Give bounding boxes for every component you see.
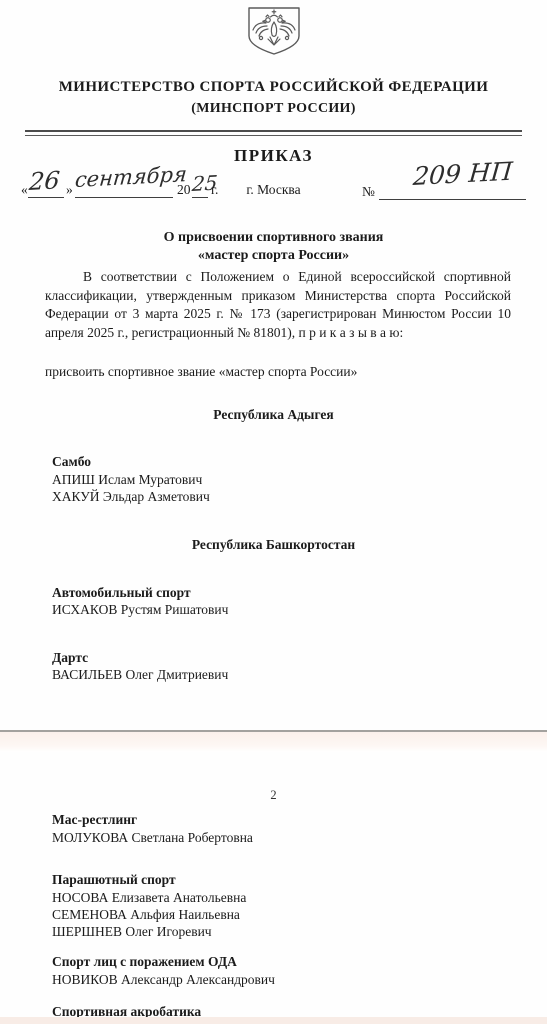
header-divider-rule: [25, 130, 522, 136]
sport-title-mas-wrestling: Мас-рестлинг: [52, 812, 137, 828]
number-underline: [379, 199, 526, 200]
date-open-quote: «: [21, 182, 28, 198]
page-number: 2: [0, 788, 547, 803]
scanned-order-document: МИНИСТЕРСТВО СПОРТА РОССИЙСКОЙ ФЕДЕРАЦИИ…: [0, 0, 547, 1024]
athlete-name: СЕМЕНОВА Альфия Наильевна: [52, 907, 240, 923]
date-year-prefix: 20: [177, 182, 191, 198]
number-label: №: [362, 184, 375, 200]
sport-title-auto: Автомобильный спорт: [52, 585, 191, 601]
ministry-name: МИНИСТЕРСТВО СПОРТА РОССИЙСКОЙ ФЕДЕРАЦИИ: [0, 78, 547, 96]
issue-city: г. Москва: [246, 182, 300, 198]
athlete-name: ИСХАКОВ Рустям Ришатович: [52, 602, 228, 618]
date-day-handwritten: 26: [28, 166, 61, 196]
number-handwritten: 209 НП: [412, 157, 514, 191]
athlete-name: МОЛУКОВА Светлана Робертовна: [52, 830, 253, 846]
coat-of-arms-icon: [243, 6, 305, 61]
date-month-handwritten: сентября: [74, 162, 188, 192]
order-statement: присвоить спортивное звание «мастер спор…: [45, 364, 357, 380]
date-year-suffix: г.: [211, 182, 218, 198]
athlete-name: ВАСИЛЬЕВ Олег Дмитриевич: [52, 667, 228, 683]
sport-title-darts: Дартс: [52, 650, 88, 666]
athlete-name: ШЕРШНЕВ Олег Игоревич: [52, 924, 212, 940]
date-close-quote: »: [66, 182, 73, 198]
athlete-name: ХАКУЙ Эльдар Азметович: [52, 489, 210, 505]
region-title-adygea: Республика Адыгея: [0, 407, 547, 423]
date-month-underline: [75, 197, 173, 198]
subject-line-2: «мастер спорта России»: [0, 248, 547, 265]
bottom-page-edge: [0, 1017, 547, 1024]
page-gap-band: [0, 732, 547, 752]
body-paragraph: В соответствии с Положением о Единой все…: [45, 268, 511, 342]
date-year-underline: [192, 197, 208, 198]
sport-title-oda: Спорт лиц с поражением ОДА: [52, 954, 237, 970]
date-day-underline: [28, 197, 64, 198]
athlete-name: АПИШ Ислам Муратович: [52, 472, 202, 488]
region-title-bashkortostan: Республика Башкортостан: [0, 537, 547, 553]
athlete-name: НОСОВА Елизавета Анатольевна: [52, 890, 246, 906]
sport-title-sambo: Самбо: [52, 454, 91, 470]
sport-title-parachuting: Парашютный спорт: [52, 872, 176, 888]
subject-line-1: О присвоении спортивного звания: [0, 230, 547, 247]
athlete-name: НОВИКОВ Александр Александрович: [52, 972, 275, 988]
ministry-short-name: (МИНСПОРТ РОССИИ): [0, 101, 547, 118]
